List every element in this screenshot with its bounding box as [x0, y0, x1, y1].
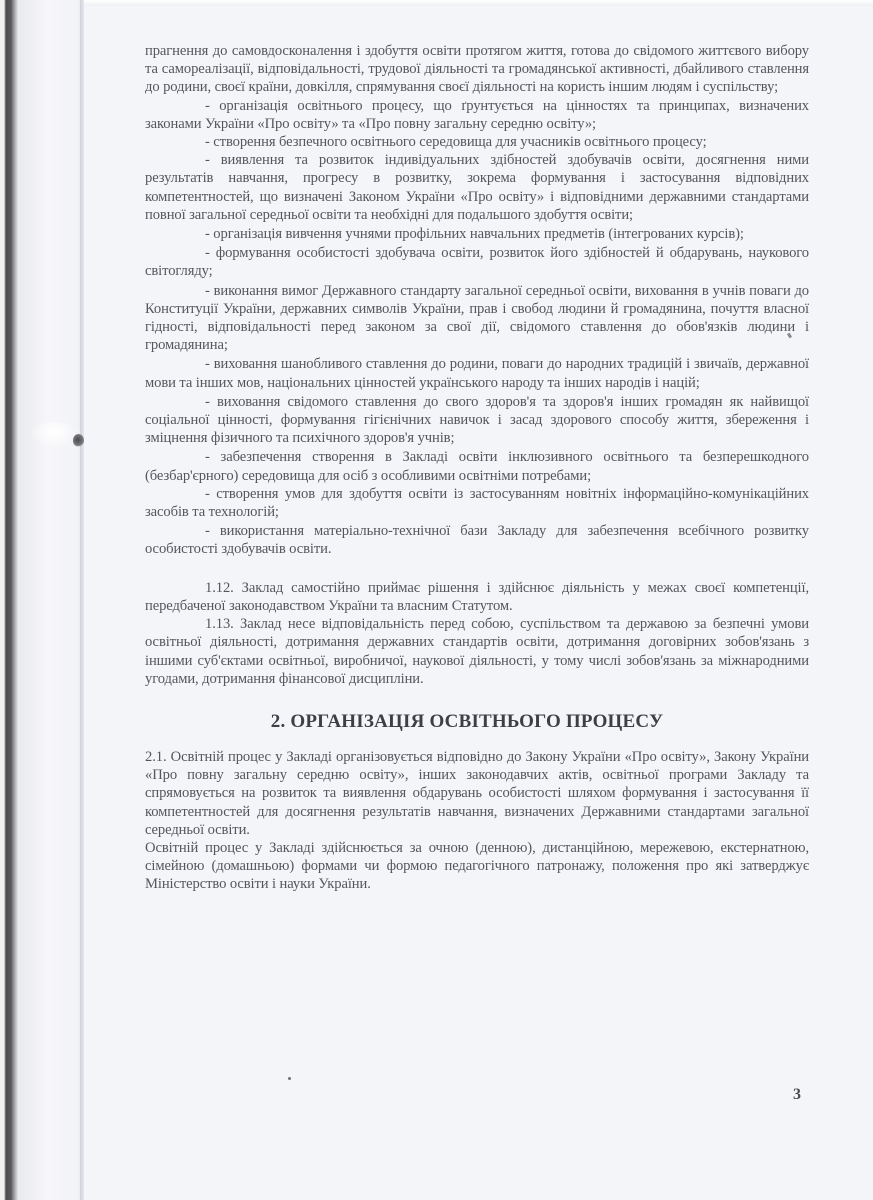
scan-artifact-dot: [288, 1077, 291, 1080]
bullet-item: - використання матеріально-технічної баз…: [145, 522, 809, 558]
bullet-item: - створення умов для здобуття освіти із …: [145, 485, 809, 521]
intro-paragraph: прагнення до самовдосконалення і здобутт…: [145, 42, 809, 97]
bullet-item: - виховання шанобливого ставлення до род…: [145, 355, 809, 391]
page-binding-margin: [18, 0, 82, 1200]
clause-2-1: 2.1. Освітній процес у Закладі організов…: [145, 748, 809, 839]
clause-1-12: 1.12. Заклад самостійно приймає рішення …: [145, 579, 809, 615]
clause-1-13: 1.13. Заклад несе відповідальність перед…: [145, 615, 809, 688]
bullet-item: - виконання вимог Державного стандарту з…: [145, 282, 809, 355]
bullet-item: - створення безпечного освітнього середо…: [145, 133, 809, 151]
page-fold-line: [80, 0, 84, 1200]
section-heading: 2. ОРГАНІЗАЦІЯ ОСВІТНЬОГО ПРОЦЕСУ: [145, 710, 809, 734]
bullet-item: - організація вивчення учнями профільних…: [145, 225, 809, 243]
scan-left-edge-shadow: [0, 0, 18, 1200]
bullet-item: - формування особистості здобувача освіт…: [145, 244, 809, 280]
bullet-item: - виховання свідомого ставлення до свого…: [145, 393, 809, 448]
binder-hole-mark: [73, 434, 84, 447]
bullet-item: - забезпечення створення в Закладі освіт…: [145, 448, 809, 484]
bullet-item: - організація освітнього процесу, що ґру…: [145, 97, 809, 133]
bullet-item: - виявлення та розвиток індивідуальних з…: [145, 151, 809, 224]
scan-top-edge: [0, 0, 873, 6]
binder-hole-highlight: [30, 422, 78, 448]
page-number: 3: [793, 1086, 801, 1104]
document-page: прагнення до самовдосконалення і здобутт…: [145, 42, 809, 894]
education-forms-paragraph: Освітній процес у Закладі здійснюється з…: [145, 839, 809, 894]
